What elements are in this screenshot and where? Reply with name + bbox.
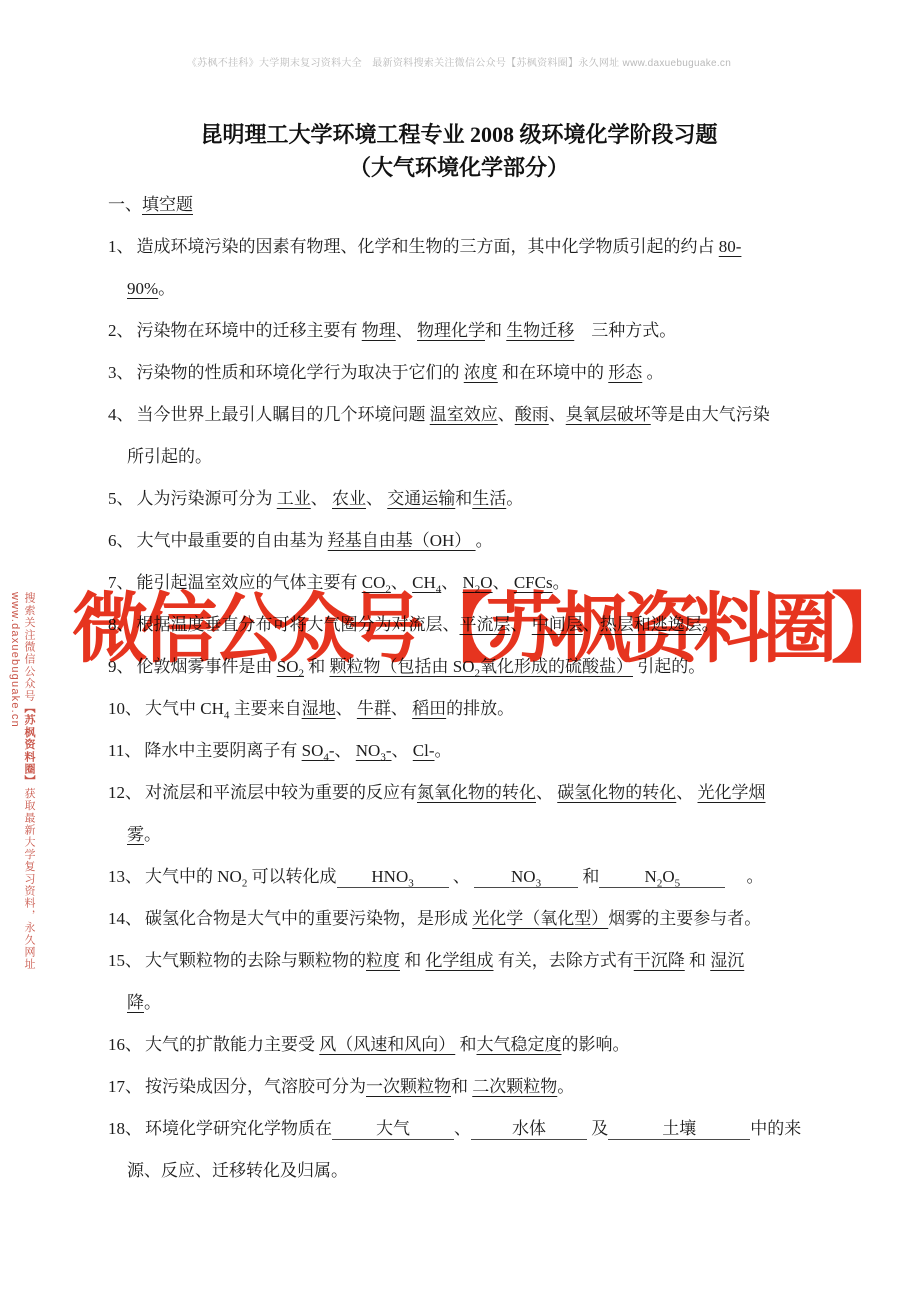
answer-underlined: CO2 [362,573,391,592]
question-number: 4、 [108,405,134,424]
answer-underlined: 氮氧化物的转化 [417,783,536,802]
question-item: 1、造成环境污染的因素有物理、化学和生物的三方面，其中化学物质引起的约占 80-… [108,226,856,310]
question-number: 17、 [108,1077,142,1096]
answer-underlined: N2O [463,573,493,592]
answer-underlined: 湿地 [302,699,336,718]
answer-underlined: 物理 [362,321,396,340]
answer-underlined: 牛群 [357,699,391,718]
question-item: 17、按污染成因分，气溶胶可分为一次颗粒物和 二次颗粒物。 [108,1066,856,1108]
question-number: 11、 [108,741,141,760]
question-number: 10、 [108,699,142,718]
answer-underlined: 二次颗粒物 [472,1077,557,1096]
answer-underlined: 形态 [608,363,642,382]
document-page: { "page": { "header_note": "《苏枫不挂科》大学期末复… [0,0,918,1298]
answer-underlined: SO2 [277,657,304,676]
sidebar-promo-text: 搜索关注微信公众号【苏枫资料圈】获取最新大学复习资料，永久网址 www.daxu… [9,592,37,1052]
question-number: 15、 [108,951,142,970]
question-item: 12、对流层和平流层中较为重要的反应有氮氧化物的转化、 碳氢化物的转化、 光化学… [108,772,856,856]
question-item: 9、伦敦烟雾事件是由 SO2 和 颗粒物（包括由 SO2氧化形成的硫酸盐） 引起… [108,646,856,688]
question-item: 7、能引起温室效应的气体主要有 CO2、 CH4、 N2O、 CFCs。 [108,562,856,604]
answer-blank: N2O5 [599,867,725,888]
answer-underlined: 光化学（氧化型） [472,909,608,928]
answer-blank: 大气 [332,1119,454,1140]
title-line-1: 昆明理工大学环境工程专业 2008 级环境化学阶段习题 [0,118,918,151]
answer-blank: HNO3 [337,867,449,888]
answer-underlined: 臭氧层破坏 [566,405,651,424]
answer-underlined: 颗粒物（包括由 SO2氧化形成的硫酸盐） [329,657,632,676]
question-number: 6、 [108,531,134,550]
sidebar-brand: 【苏枫资料圈】 [23,702,35,787]
section-title: 填空题 [142,195,193,214]
section-heading: 一、填空题 [108,184,856,226]
question-item: 15、大气颗粒物的去除与颗粒物的粒度 和 化学组成 有关，去除方式有干沉降 和 … [108,940,856,1024]
question-number: 2、 [108,321,134,340]
header-promo-text: 《苏枫不挂科》大学期末复习资料大全 最新资料搜索关注微信公众号【苏枫资料圈】永久… [0,54,918,69]
answer-underlined: 大气稳定度 [477,1035,562,1054]
answer-underlined: 交通运输 [387,489,455,508]
answer-underlined: 干沉降 [634,951,685,970]
question-item: 2、污染物在环境中的迁移主要有 物理、 物理化学和 生物迁移 三种方式。 [108,310,856,352]
question-number: 5、 [108,489,134,508]
answer-underlined: CFCs [514,573,553,592]
question-number: 9、 [108,657,134,676]
answer-blank: 水体 [471,1119,587,1140]
question-item: 8、根据温度垂直分布可将大气圈分为对流层、平流层、 中间层、热层和逃逸层。 [108,604,856,646]
answer-underlined: 一次颗粒物 [366,1077,451,1096]
question-item: 3、污染物的性质和环境化学行为取决于它们的 浓度 和在环境中的 形态 。 [108,352,856,394]
question-item: 10、大气中 CH4 主要来自湿地、 牛群、 稻田的排放。 [108,688,856,730]
answer-underlined: 生物迁移 [506,321,574,340]
answer-underlined: 碳氢化物的转化 [557,783,676,802]
answer-underlined: 热层和逃逸层 [600,615,702,634]
question-number: 8、 [108,615,134,634]
answer-underlined: 生活 [472,489,506,508]
question-item: 16、大气的扩散能力主要受 风（风速和风向） 和大气稳定度的影响。 [108,1024,856,1066]
answer-underlined: 80-90% [127,237,741,298]
answer-underlined: 温室效应 [430,405,498,424]
question-item: 14、碳氢化合物是大气中的重要污染物，是形成 光化学（氧化型）烟雾的主要参与者。 [108,898,856,940]
answer-underlined: 粒度 [366,951,400,970]
answer-underlined: 化学组成 [426,951,494,970]
question-number: 1、 [108,237,134,256]
answer-blank: NO3 [474,867,578,888]
question-number: 16、 [108,1035,142,1054]
question-item: 5、人为污染源可分为 工业、 农业、 交通运输和生活。 [108,478,856,520]
question-item: 11、降水中主要阴离子有 SO4-、 NO3-、 Cl-。 [108,730,856,772]
answer-underlined: 中间层 [532,615,583,634]
document-title: 昆明理工大学环境工程专业 2008 级环境化学阶段习题 （大气环境化学部分） [0,118,918,184]
answer-underlined: Cl- [413,741,435,760]
answer-underlined: 农业 [332,489,366,508]
question-item: 18、环境化学研究化学物质在大气、水体 及土壤中的来源、反应、迁移转化及归属。 [108,1108,856,1192]
question-number: 7、 [108,573,134,592]
answer-underlined: NO3- [356,741,392,760]
question-number: 3、 [108,363,134,382]
answer-underlined: 稻田 [412,699,446,718]
question-item: 6、大气中最重要的自由基为 羟基自由基（OH） 。 [108,520,856,562]
answer-underlined: 羟基自由基（OH） [328,531,476,550]
sidebar-prefix: 搜索关注微信公众号 [23,592,35,702]
question-number: 12、 [108,783,142,802]
question-number: 18、 [108,1119,142,1138]
question-number: 13、 [108,867,142,886]
question-number: 14、 [108,909,142,928]
question-item: 13、大气中的 NO2 可以转化成HNO3 、 NO3 和N2O5 。 [108,856,856,898]
answer-underlined: CH4 [412,573,441,592]
answer-underlined: 酸雨 [515,405,549,424]
answer-underlined: 平流层 [460,615,511,634]
answer-underlined: 风（风速和风向） [319,1035,455,1054]
title-line-2: （大气环境化学部分） [0,151,918,184]
section-number: 一、 [108,195,142,214]
answer-blank: 土壤 [608,1119,750,1140]
answer-underlined: SO4- [302,741,335,760]
question-list: 一、填空题 1、造成环境污染的因素有物理、化学和生物的三方面，其中化学物质引起的… [108,184,856,1192]
question-item: 4、当今世界上最引人瞩目的几个环境问题 温室效应、酸雨、臭氧层破坏等是由大气污染… [108,394,856,478]
answer-underlined: 浓度 [464,363,498,382]
answer-underlined: 工业 [277,489,311,508]
answer-underlined: 物理化学 [417,321,485,340]
